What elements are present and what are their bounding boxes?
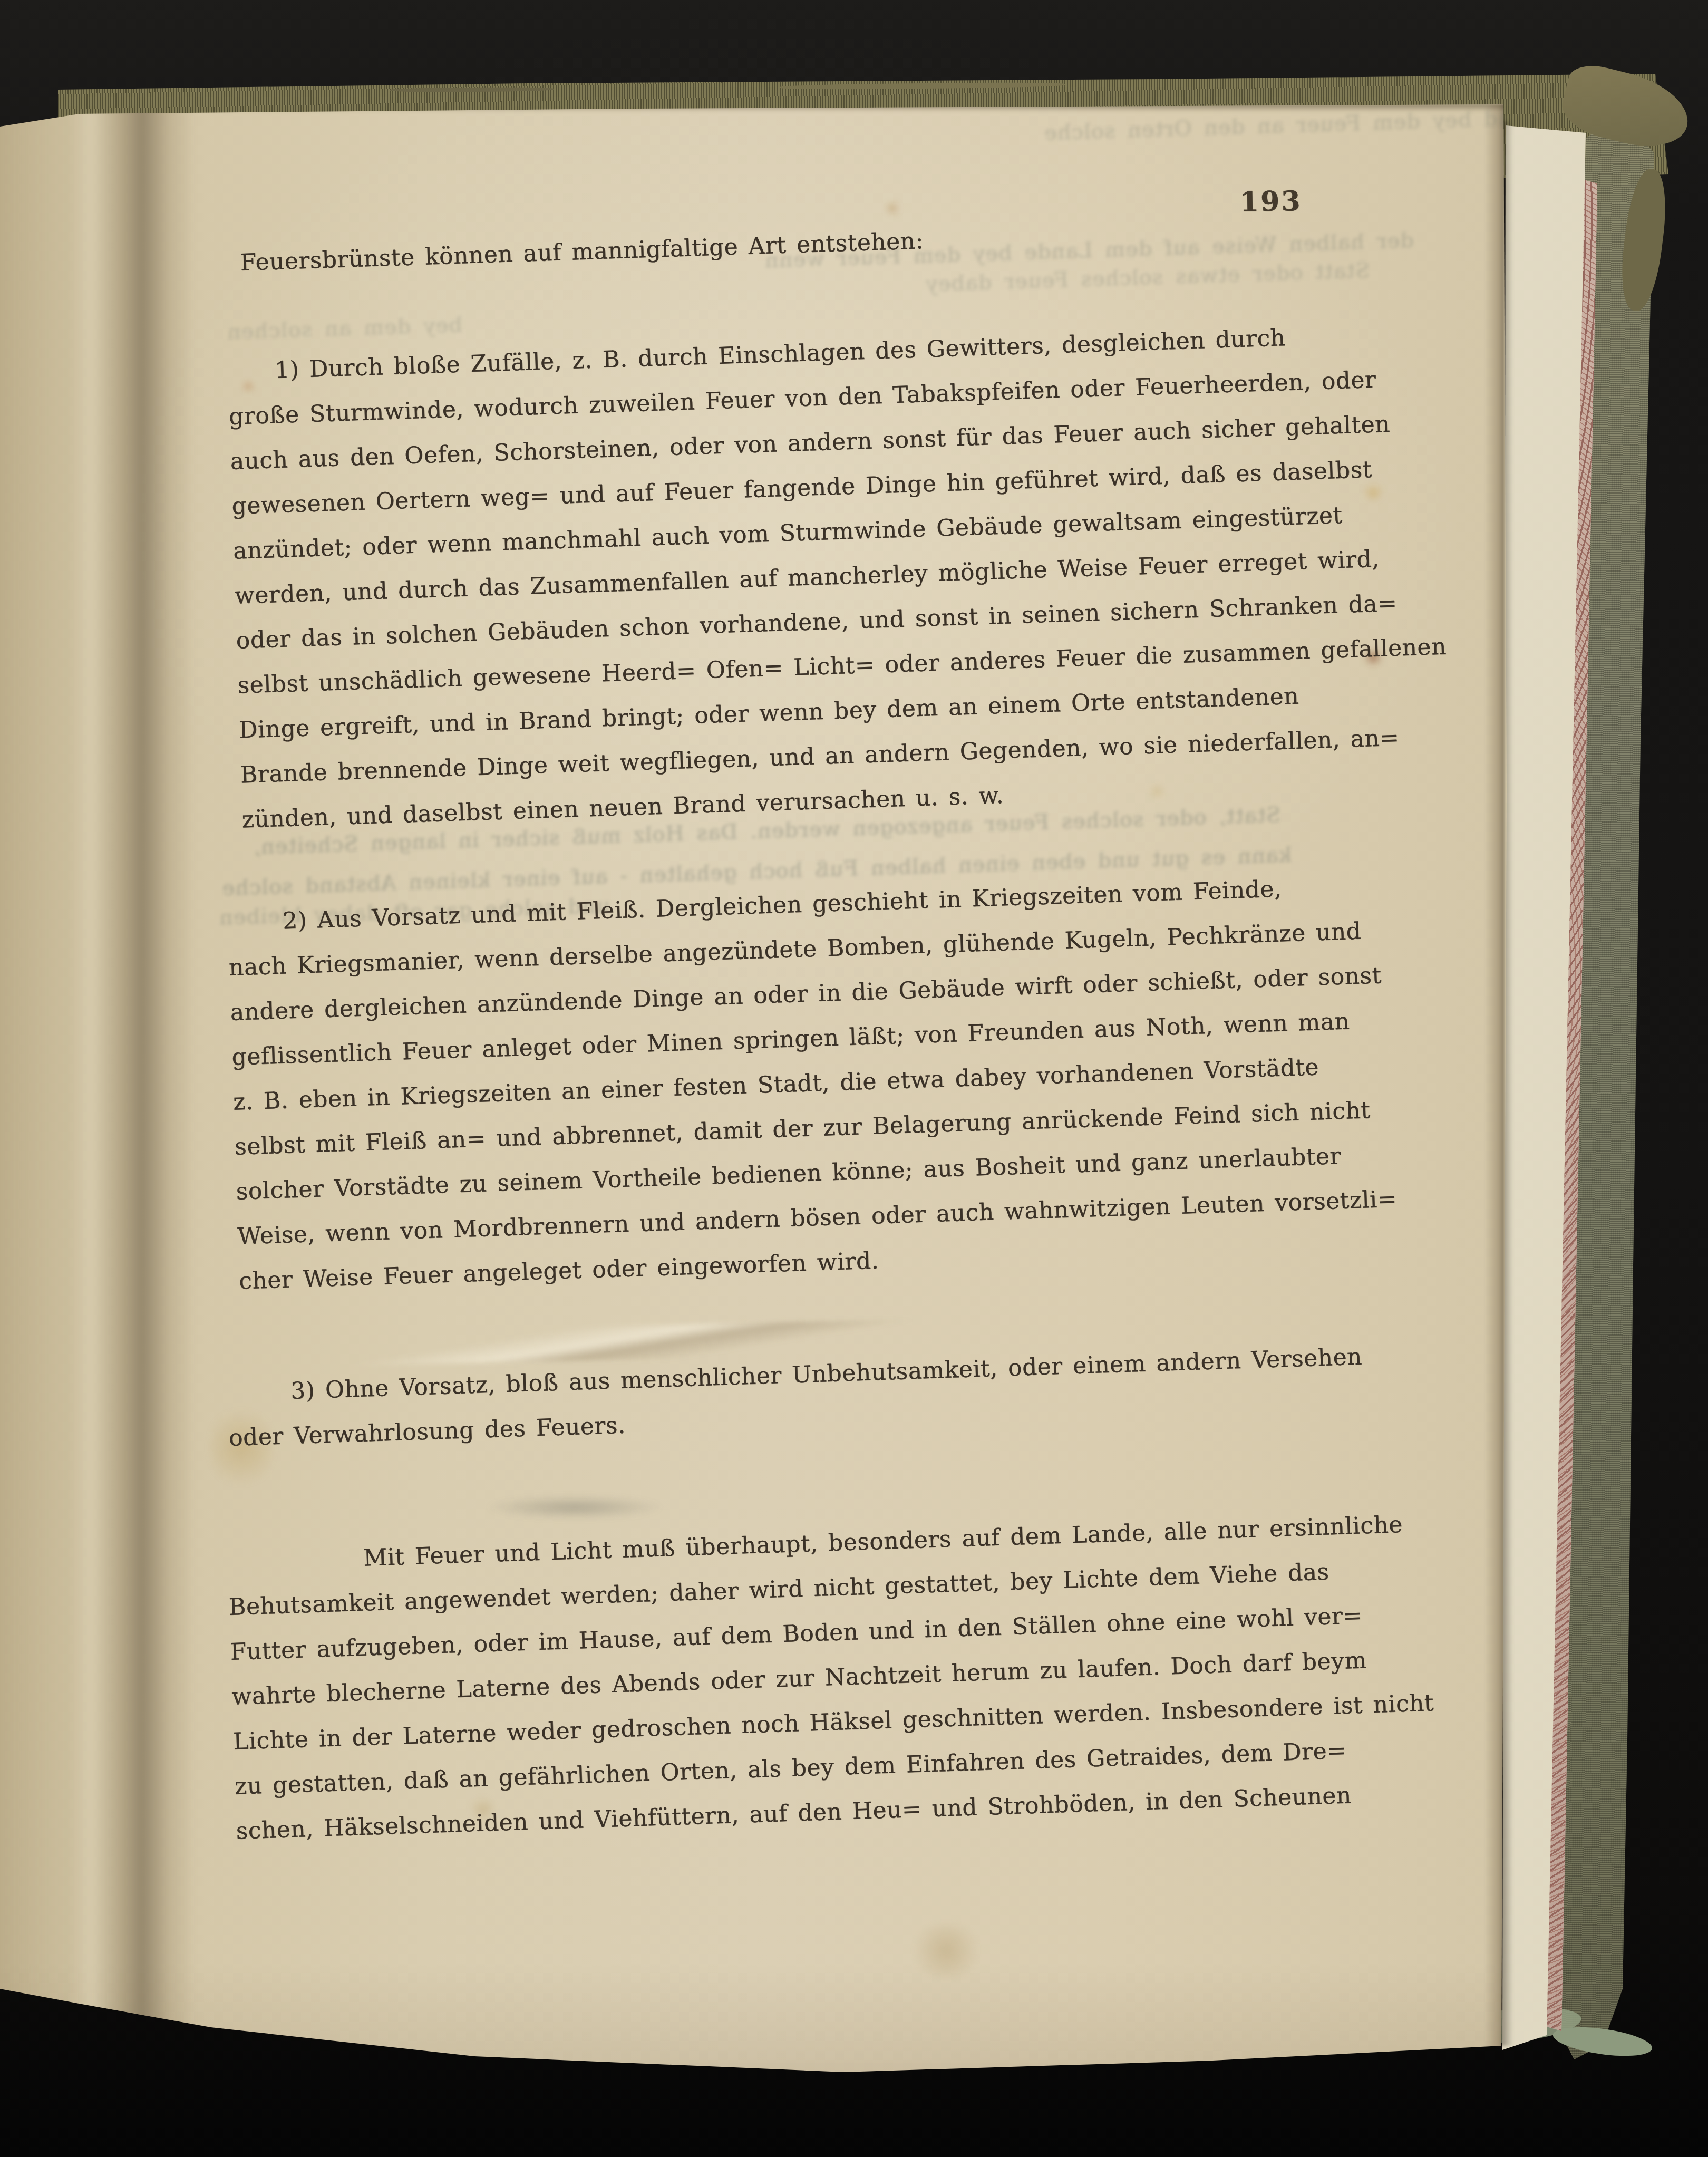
gutter-crease-shadow	[69, 95, 195, 2035]
foxing-stain	[907, 1924, 986, 1977]
page-number: 193	[1239, 185, 1302, 218]
foxing-stain	[886, 202, 899, 214]
paragraph-1: 1) Durch bloße Zufälle, z. B. durch Eins…	[227, 311, 1451, 843]
paragraph-2: 2) Aus Vorsatz und mit Fleiß. Dergleiche…	[227, 863, 1399, 1304]
book-scan-photo: und bey dem Feuer an den Orten solche de…	[0, 0, 1708, 2157]
page-right-edge-shadow	[1484, 104, 1505, 2050]
paper-smudge	[485, 1495, 664, 1520]
paragraph-4: Mit Feuer und Licht muß überhaupt, beson…	[227, 1501, 1438, 1853]
book-page: und bey dem Feuer an den Orten solche de…	[0, 0, 1708, 2157]
ghost-bleedthrough-text: bey dem an solchen	[226, 313, 462, 344]
